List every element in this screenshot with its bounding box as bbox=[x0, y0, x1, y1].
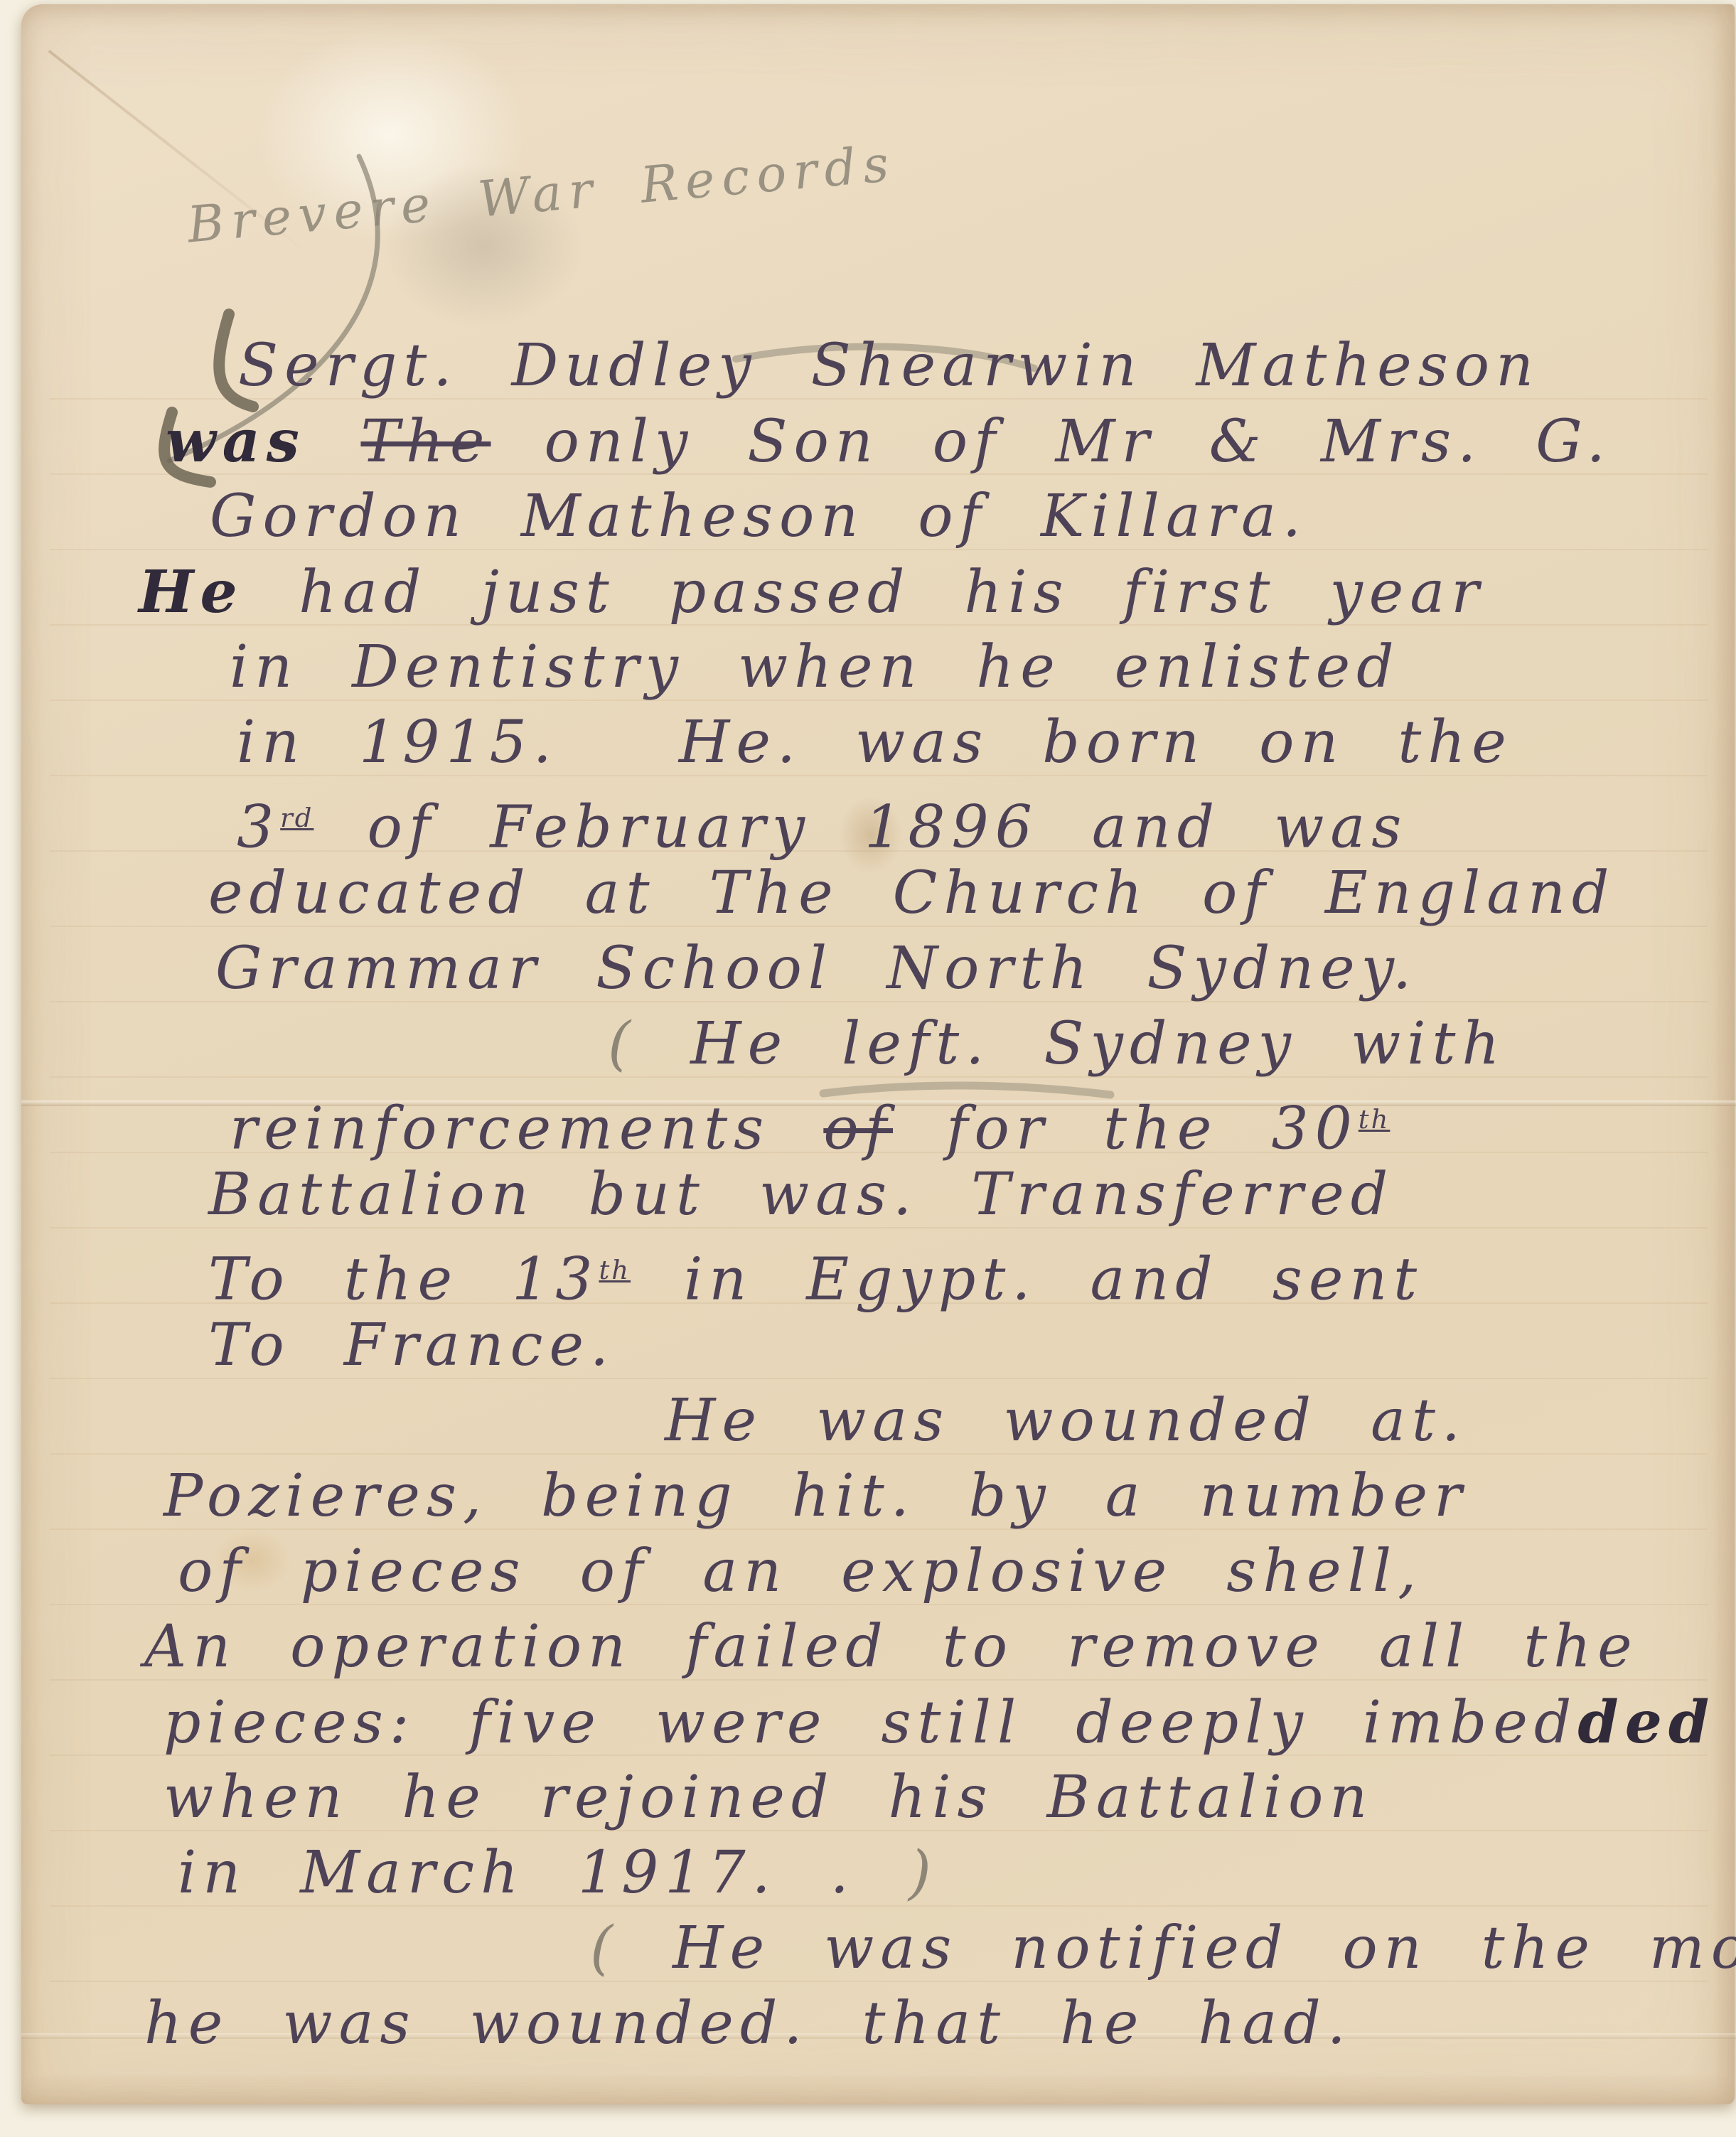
text-segment: for the 30 bbox=[893, 1095, 1359, 1162]
text-segment: had just passed his first year bbox=[299, 559, 1485, 626]
handwritten-line: ( He was notified on the morning bbox=[139, 1911, 1724, 1986]
handwritten-line: in March 1917. . ) bbox=[139, 1836, 1724, 1911]
handwritten-line: pieces: five were still deeply imbedded bbox=[139, 1685, 1724, 1760]
handwritten-line: educated at The Church of England bbox=[139, 856, 1724, 931]
text-segment: 3 bbox=[237, 793, 280, 861]
handwritten-line: 3rd of February 1896 and was bbox=[139, 781, 1724, 856]
text-segment: ( bbox=[608, 1010, 690, 1078]
text-segment: rd bbox=[280, 803, 314, 833]
text-segment: He left. Sydney with bbox=[690, 1010, 1506, 1078]
text-segment: He was notified on the morning bbox=[673, 1914, 1736, 1982]
handwriting-lines: Sergt. Dudley Shearwin Mathesonwas The o… bbox=[139, 328, 1724, 2062]
text-segment: ( bbox=[590, 1914, 673, 1982]
handwritten-line: Sergt. Dudley Shearwin Matheson bbox=[139, 328, 1724, 404]
handwritten-line: when he rejoined his Battalion bbox=[139, 1760, 1724, 1836]
text-segment: educated at The Church of England bbox=[208, 859, 1615, 927]
handwritten-line: Pozieres, being hit. by a number bbox=[139, 1459, 1724, 1534]
text-segment: Sergt. Dudley Shearwin Matheson bbox=[238, 332, 1540, 400]
text-segment: ded bbox=[1577, 1688, 1715, 1757]
handwritten-line: Grammar School North Sydney. bbox=[139, 931, 1724, 1007]
handwritten-line: He had just passed his first year bbox=[139, 555, 1724, 630]
handwritten-line: in 1915.He. was born on the bbox=[139, 705, 1724, 781]
text-segment: only Son of Mr & Mrs. G. bbox=[491, 408, 1611, 476]
text-segment: pieces: five were still deeply imbed bbox=[164, 1689, 1577, 1757]
handwritten-line: Gordon Matheson of Killara. bbox=[139, 479, 1724, 555]
handwritten-line: was The only Son of Mr & Mrs. G. bbox=[139, 404, 1724, 479]
handwritten-line: he was wounded. that he had. bbox=[139, 1986, 1724, 2062]
handwritten-line: An operation failed to remove all the bbox=[139, 1610, 1724, 1685]
handwritten-line: of pieces of an explosive shell, bbox=[139, 1534, 1724, 1610]
handwritten-line: reinforcements of for the 30th bbox=[139, 1082, 1724, 1157]
text-segment: He. was born on the bbox=[679, 709, 1513, 776]
handwritten-line: To the 13th in Egypt. and sent bbox=[139, 1233, 1724, 1308]
text-segment: To the 13 bbox=[208, 1246, 599, 1313]
text-segment: The bbox=[360, 408, 491, 476]
handwritten-line: To France. bbox=[139, 1308, 1724, 1383]
text-segment: when he rejoined his Battalion bbox=[164, 1764, 1373, 1831]
text-segment: He was wounded at. bbox=[665, 1387, 1467, 1455]
text-segment: of bbox=[823, 1095, 893, 1162]
text-segment: reinforcements bbox=[230, 1095, 823, 1162]
text-segment: was bbox=[166, 407, 360, 476]
text-segment: in Dentistry when he enlisted bbox=[230, 633, 1400, 701]
text-segment: Battalion but was. Transferred bbox=[208, 1161, 1394, 1228]
handwritten-line: Battalion but was. Transferred bbox=[139, 1157, 1724, 1233]
text-segment: Gordon Matheson of Killara. bbox=[210, 483, 1307, 550]
scanned-manuscript-page: { "colors": { "ink": "#4d4256", "ink_dar… bbox=[0, 0, 1736, 2137]
text-segment: of pieces of an explosive shell, bbox=[178, 1538, 1422, 1605]
text-segment: Grammar School North Sydney. bbox=[215, 935, 1418, 1002]
text-segment: th bbox=[1359, 1104, 1391, 1135]
text-segment: Pozieres, being hit. by a number bbox=[164, 1462, 1468, 1530]
text-segment: To France. bbox=[208, 1312, 615, 1379]
handwritten-line: He was wounded at. bbox=[139, 1383, 1724, 1459]
text-segment: he was wounded. that he had. bbox=[144, 1990, 1352, 2057]
text-segment: of February 1896 and was bbox=[314, 793, 1408, 861]
text-segment: ) bbox=[855, 1839, 938, 1907]
text-segment: An operation failed to remove all the bbox=[144, 1613, 1639, 1681]
text-segment: in 1915. bbox=[237, 709, 558, 776]
text-segment: in Egypt. and sent bbox=[631, 1246, 1423, 1313]
handwritten-line: in Dentistry when he enlisted bbox=[139, 630, 1724, 705]
text-segment: He bbox=[139, 558, 299, 626]
text-segment: in March 1917. . bbox=[178, 1839, 855, 1907]
handwritten-line: ( He left. Sydney with bbox=[139, 1007, 1724, 1082]
text-segment: th bbox=[599, 1255, 631, 1285]
